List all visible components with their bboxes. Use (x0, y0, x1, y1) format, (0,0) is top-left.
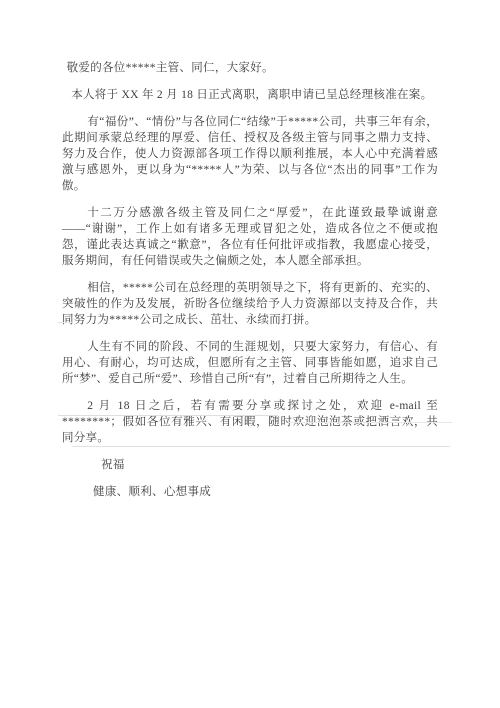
letter-paragraph-4: 相信，*****公司在总经理的英明领导之下，将有更新的、充实的、突破性的作为及发… (62, 280, 438, 328)
letter-page: 敬爱的各位*****主管、同仁，大家好。 本人将于 XX 年 2 月 18 日正… (0, 0, 500, 708)
scan-artifact-line-4 (72, 446, 450, 447)
letter-paragraph-3: 十二万分感激各级主管及同仁之“厚爱”，在此谨致最挚诚谢意——“谢谢”，工作上如有… (62, 205, 438, 269)
letter-greeting: 敬爱的各位*****主管、同仁，大家好。 (62, 60, 438, 76)
scan-artifact-line-1 (58, 322, 72, 323)
letter-paragraph-2: 有“福份”、“情份”与各位同仁“结缘”于*****公司，共事三年有余，此期间承蒙… (62, 114, 438, 194)
letter-closing-blessing: 祝福 (62, 457, 438, 473)
letter-paragraph-5: 人生有不同的阶段、不同的生涯规划，只要大家努力，有信心、有用心、有耐心，均可达成… (62, 339, 438, 387)
scan-artifact-line-2 (58, 415, 278, 416)
letter-paragraph-1: 本人将于 XX 年 2 月 18 日正式离职，离职申请已呈总经理核准在案。 (62, 87, 438, 103)
scan-artifact-line-3 (288, 422, 452, 423)
letter-closing-wish: 健康、顺利、心想事成 (62, 484, 438, 500)
